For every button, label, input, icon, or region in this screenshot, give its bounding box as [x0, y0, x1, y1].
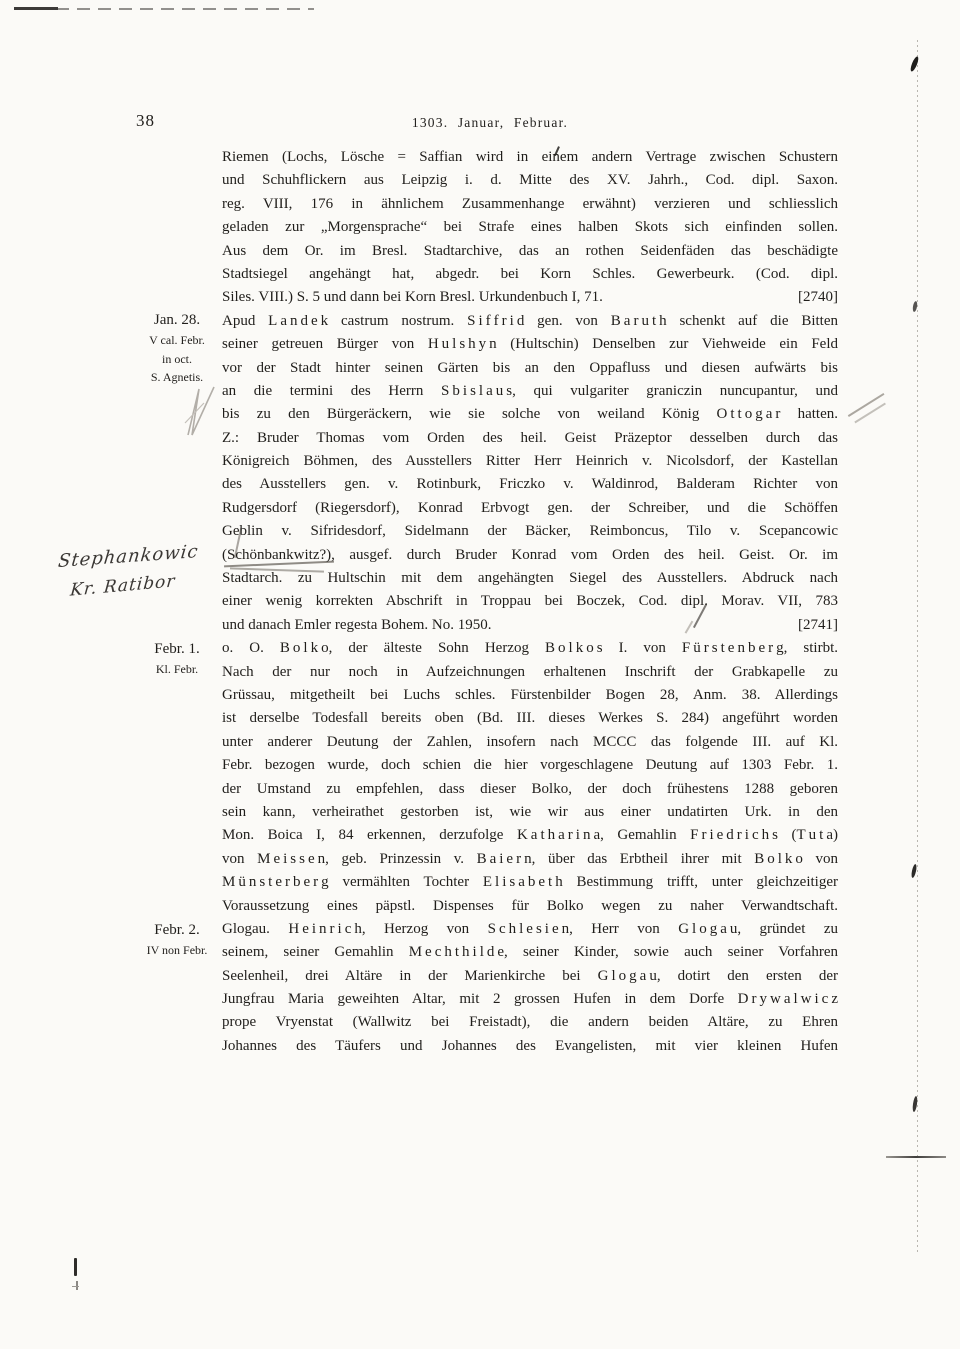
- text-line: Z.: Bruder Thomas vom Orden des heil. Ge…: [222, 427, 838, 450]
- regest-number: [2741]: [798, 614, 838, 637]
- text-line: an die termini des Herrn S b i s l a u s…: [222, 380, 838, 403]
- text-line: von M e i s s e n, geb. Prinzessin v. B …: [222, 848, 838, 871]
- text-line: prope Vryenstat (Wallwitz bei Freistadt)…: [222, 1011, 838, 1034]
- text-line: (Schönbankwitz?), ausgef. durch Bruder K…: [222, 544, 838, 567]
- text-line: Seelenheil, drei Altäre in der Marienkir…: [222, 965, 838, 988]
- margin-date-roman: in oct.: [138, 350, 216, 369]
- scan-artifact-top-dash-dark: [14, 7, 58, 10]
- text-line: des Ausstellers gen. v. Rotinburk, Fricz…: [222, 473, 838, 496]
- handwritten-annotation: Stephankowic: [57, 541, 200, 572]
- text-line: Jungfrau Maria geweihten Altar, mit 2 gr…: [222, 988, 838, 1011]
- text-line: Febr. bezogen wurde, doch schien die hie…: [222, 754, 838, 777]
- text-line: Stadtsiegel angehängt hat, abgedr. bei K…: [222, 263, 838, 286]
- margin-date-roman: S. Agnetis.: [138, 368, 216, 387]
- text-line: geladen zur „Morgensprache“ bei Strafe e…: [222, 216, 838, 239]
- text-line: seinem, seiner Gemahlin M e c h t h i l …: [222, 941, 838, 964]
- handwritten-annotation: Kr. Ratibor: [69, 571, 176, 600]
- margin-note-jan-28: Jan. 28. V cal. Febr. in oct. S. Agnetis…: [138, 310, 216, 387]
- text-line-with-number: und danach Emler regesta Bohem. No. 1950…: [222, 614, 838, 637]
- margin-date-roman: Kl. Febr.: [138, 660, 216, 679]
- running-head-title: 1303. Januar, Februar.: [10, 115, 960, 131]
- margin-date-roman: V cal. Febr.: [138, 331, 216, 350]
- text-line: ist derselbe Todesfall bereits oben (Bd.…: [222, 707, 838, 730]
- margin-note-febr-2: Febr. 2. IV non Febr.: [138, 920, 216, 960]
- text-line: Stadtarch. zu Hultschin mit dem angehäng…: [222, 567, 838, 590]
- text-line: Siles. VIII.) S. 5 und dann bei Korn Bre…: [222, 286, 603, 309]
- text-line: Riemen (Lochs, Lösche = Saffian wird in …: [222, 146, 838, 169]
- scan-artifact-ink-blob: [909, 56, 920, 73]
- text-line: vor der Stadt hinter seinen Gärten bis a…: [222, 357, 838, 380]
- regest-number: [2740]: [798, 286, 838, 309]
- text-line: M ü n s t e r b e r g vermählten Tochter…: [222, 871, 838, 894]
- margin-date: Jan. 28.: [138, 310, 216, 331]
- text-line: einer wenig korrekten Abschrift in Tropp…: [222, 590, 838, 613]
- text-line: reg. VIII, 176 in ähnlichem Zusammenhang…: [222, 193, 838, 216]
- text-line: seiner getreuen Bürger von H u l s h y n…: [222, 333, 838, 356]
- text-line: und danach Emler regesta Bohem. No. 1950…: [222, 614, 492, 637]
- text-line: o. O. B o l k o, der älteste Sohn Herzog…: [222, 637, 838, 660]
- margin-note-febr-1: Febr. 1. Kl. Febr.: [138, 639, 216, 679]
- scan-artifact-bottom-left-mark: [72, 1286, 79, 1287]
- text-line: bis zu den Bürgeräckern, wie sie solche …: [222, 403, 838, 426]
- scan-artifact-top-dashed-line: [14, 8, 314, 10]
- body-text-column: Riemen (Lochs, Lösche = Saffian wird in …: [222, 146, 838, 1058]
- text-line: und Schuhflickern aus Leipzig i. d. Mitt…: [222, 169, 838, 192]
- scan-artifact-bottom-right-line: [886, 1156, 946, 1158]
- scanned-book-page: 38 1303. Januar, Februar. Jan. 28. V cal…: [0, 0, 960, 1349]
- pencil-n-mark: [180, 383, 224, 441]
- text-line: Geblin v. Sifridesdorf, Sidelmann der Bä…: [222, 520, 838, 543]
- text-line: der Umstand zu empfehlen, dass dieser Bo…: [222, 778, 838, 801]
- text-line: Aus dem Or. im Bresl. Stadtarchive, das …: [222, 240, 838, 263]
- text-line-with-number: Siles. VIII.) S. 5 und dann bei Korn Bre…: [222, 286, 838, 309]
- margin-date-roman: IV non Febr.: [138, 941, 216, 960]
- margin-date: Febr. 1.: [138, 639, 216, 660]
- text-line: Rudgersdorf (Riegersdorf), Konrad Erbvog…: [222, 497, 838, 520]
- text-line: sein kann, verheirathet gestorben ist, w…: [222, 801, 838, 824]
- text-line: Glogau. H e i n r i c h, Herzog von S c …: [222, 918, 838, 941]
- margin-date: Febr. 2.: [138, 920, 216, 941]
- text-line: Grüssau, mitgetheilt bei Luchs schles. F…: [222, 684, 838, 707]
- scan-artifact-page-edge-line: [917, 40, 918, 1255]
- text-line: Königreich Böhmen, des Ausstellers Ritte…: [222, 450, 838, 473]
- text-line: Apud L a n d e k castrum nostrum. S i f …: [222, 310, 838, 333]
- text-line: Nach der nur noch in Aufzeichnungen erha…: [222, 661, 838, 684]
- scan-artifact-bottom-left-mark: [74, 1258, 77, 1276]
- pencil-slash-mark: [854, 403, 885, 423]
- text-line: unter anderer Deutung der Zahlen, insofe…: [222, 731, 838, 754]
- text-line: Mon. Boica I, 84 erkennen, derzufolge K …: [222, 824, 838, 847]
- text-line: Johannes des Täufers und Johannes des Ev…: [222, 1035, 838, 1058]
- text-line: Voraussetzung eines päpstl. Dispenses fü…: [222, 895, 838, 918]
